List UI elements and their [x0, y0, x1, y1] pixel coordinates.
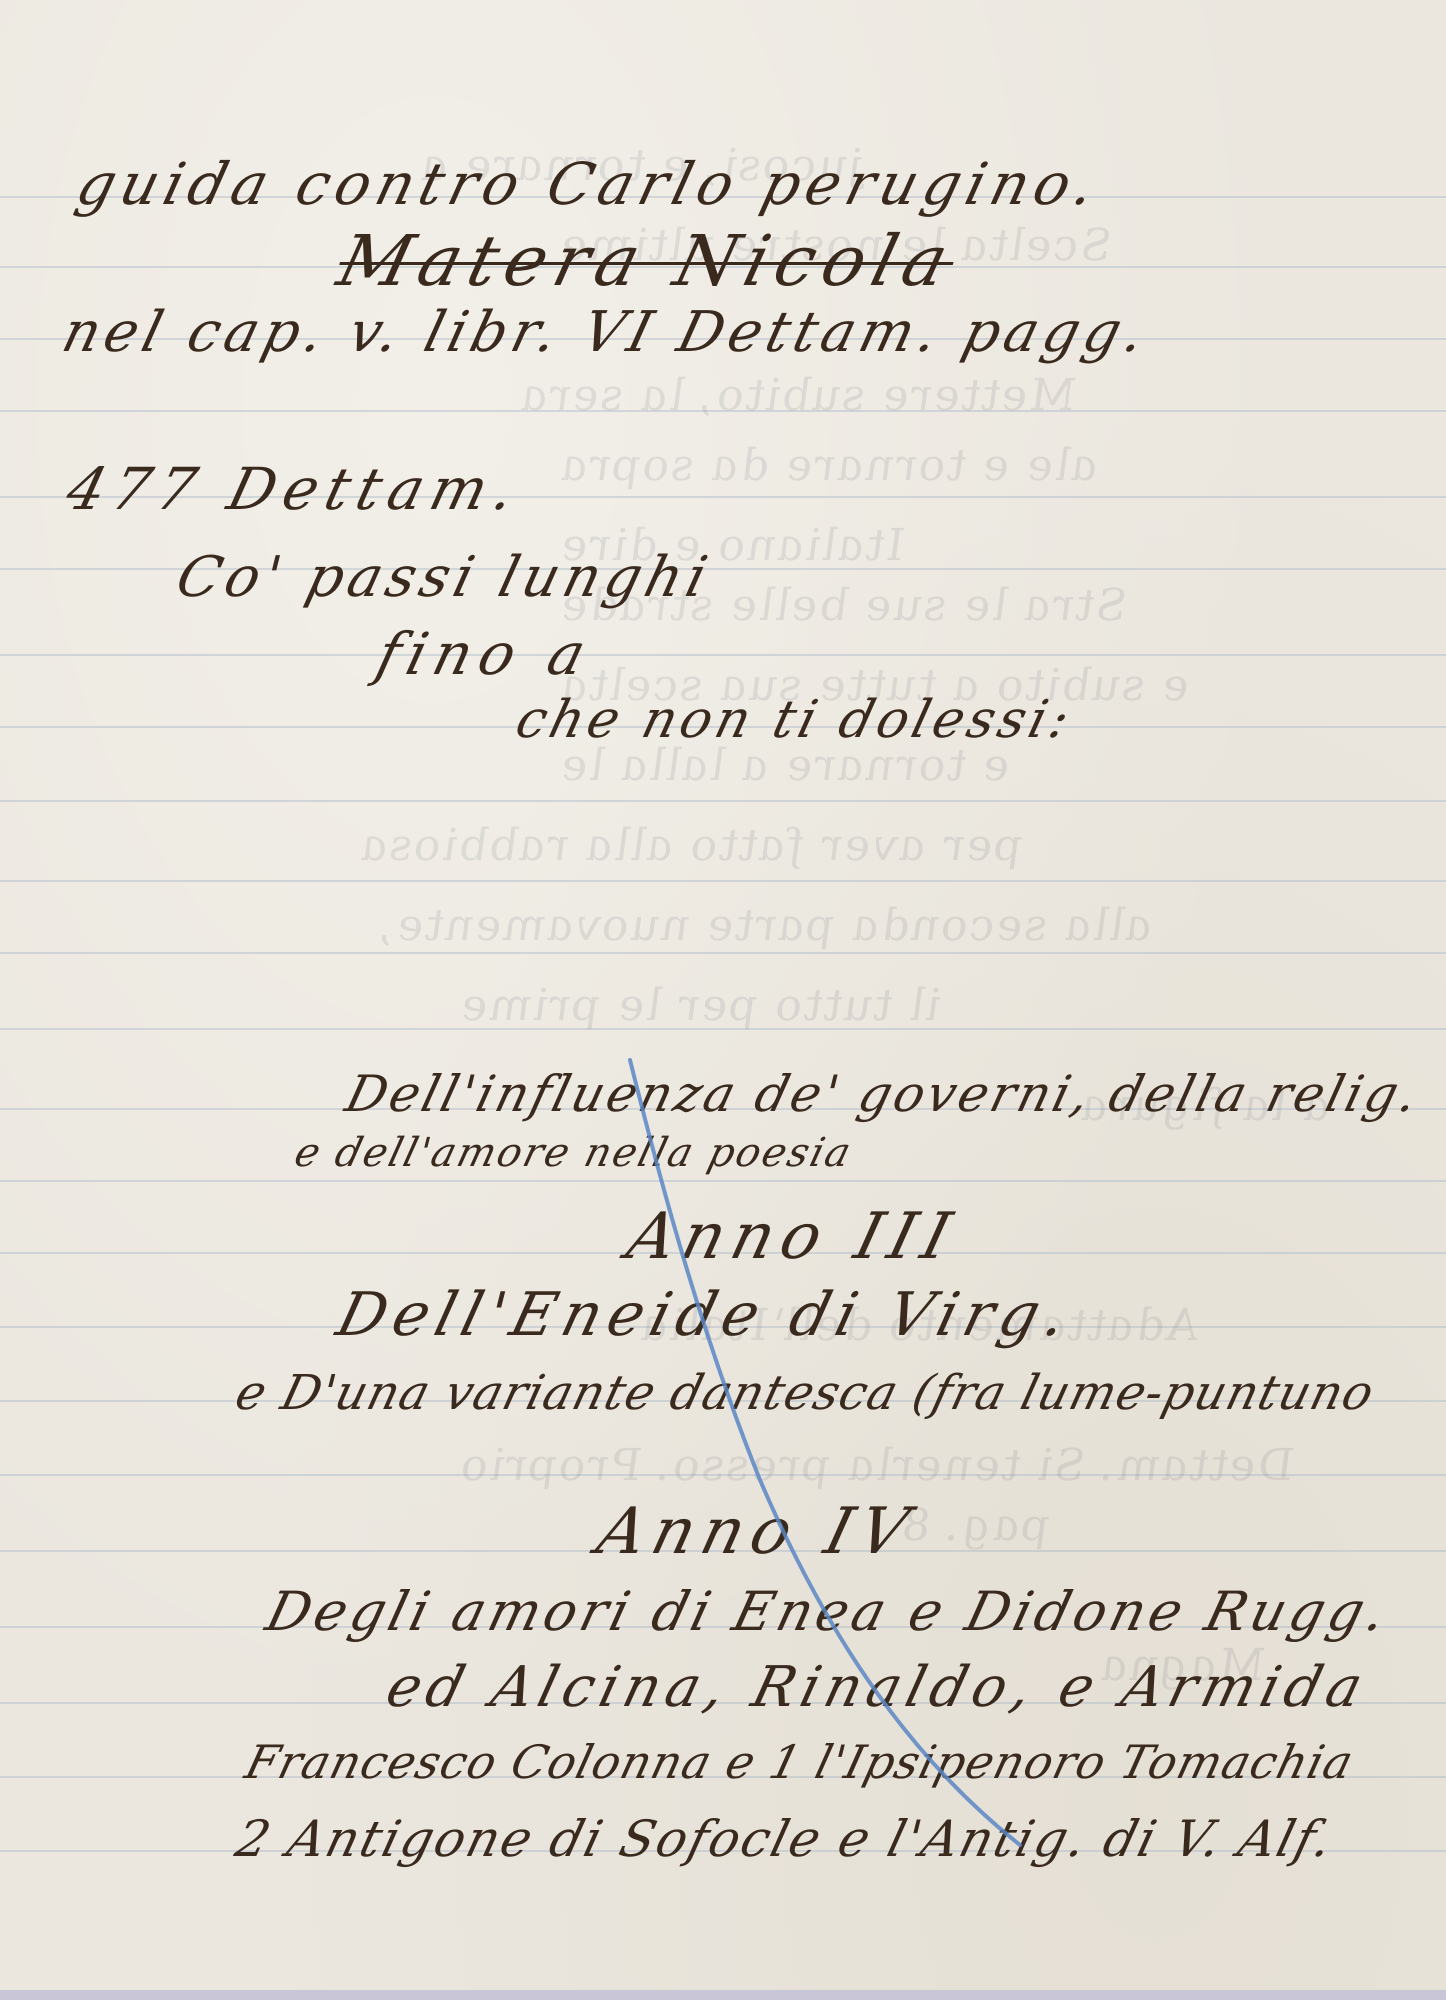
manuscript-line-10-heading: Anno III: [620, 1200, 966, 1274]
manuscript-line-11: Dell'Eneide di Virg.: [330, 1280, 1080, 1350]
manuscript-line-5: Co' passi lunghi: [170, 545, 718, 610]
bleed-through-text: il tutto per le prime: [452, 980, 949, 1031]
manuscript-line-8: Dell'influenza de' governi, della relig.: [340, 1065, 1426, 1123]
bleed-through-text: ale e tornare da sopra: [552, 440, 1107, 491]
manuscript-line-3: nel cap. v. libr. VI Dettam. pagg.: [56, 300, 1156, 365]
manuscript-line-1: guida contro Carlo perugino.: [70, 150, 1108, 218]
manuscript-page: jucosi, e tornare a Scelta le nostre ult…: [0, 0, 1446, 1996]
manuscript-line-7: che non ti dolessi:: [510, 690, 1079, 750]
manuscript-line-15: ed Alcina, Rinaldo, e Armida: [380, 1655, 1375, 1720]
ruled-line: [0, 952, 1446, 954]
ruled-line: [0, 800, 1446, 802]
manuscript-line-14: Degli amori di Enea e Didone Rugg.: [260, 1580, 1396, 1643]
ruled-line: [0, 654, 1446, 656]
bleed-through-text: Dettam. Si tenerla presso. Proprio: [452, 1440, 1302, 1491]
manuscript-line-4: 477 Dettam.: [60, 455, 530, 523]
ruled-line: [0, 1180, 1446, 1182]
page-bottom-edge: [0, 1990, 1446, 1996]
manuscript-line-6: fino a: [370, 620, 600, 688]
manuscript-line-16: Francesco Colonna e 1 l'Ipsipenoro Tomac…: [240, 1735, 1359, 1789]
bleed-through-text: alla seconda parte nuovamente,: [372, 900, 1161, 951]
manuscript-line-9: e dell'amore nella poesia: [290, 1130, 857, 1176]
bleed-through-text: Mettere subito, la sera: [512, 370, 1084, 421]
bleed-through-text: per aver fatto alla rabbiosa: [352, 820, 1032, 871]
ruled-line: [0, 880, 1446, 882]
manuscript-line-17: 2 Antigone di Sofocle e l'Antig. di V. A…: [230, 1810, 1340, 1868]
manuscript-line-2-struck: Matera Nicola: [330, 220, 964, 302]
manuscript-line-13-heading: Anno IV: [590, 1495, 923, 1569]
manuscript-line-12: e D'una variante dantesca (fra lume-punt…: [230, 1365, 1380, 1421]
